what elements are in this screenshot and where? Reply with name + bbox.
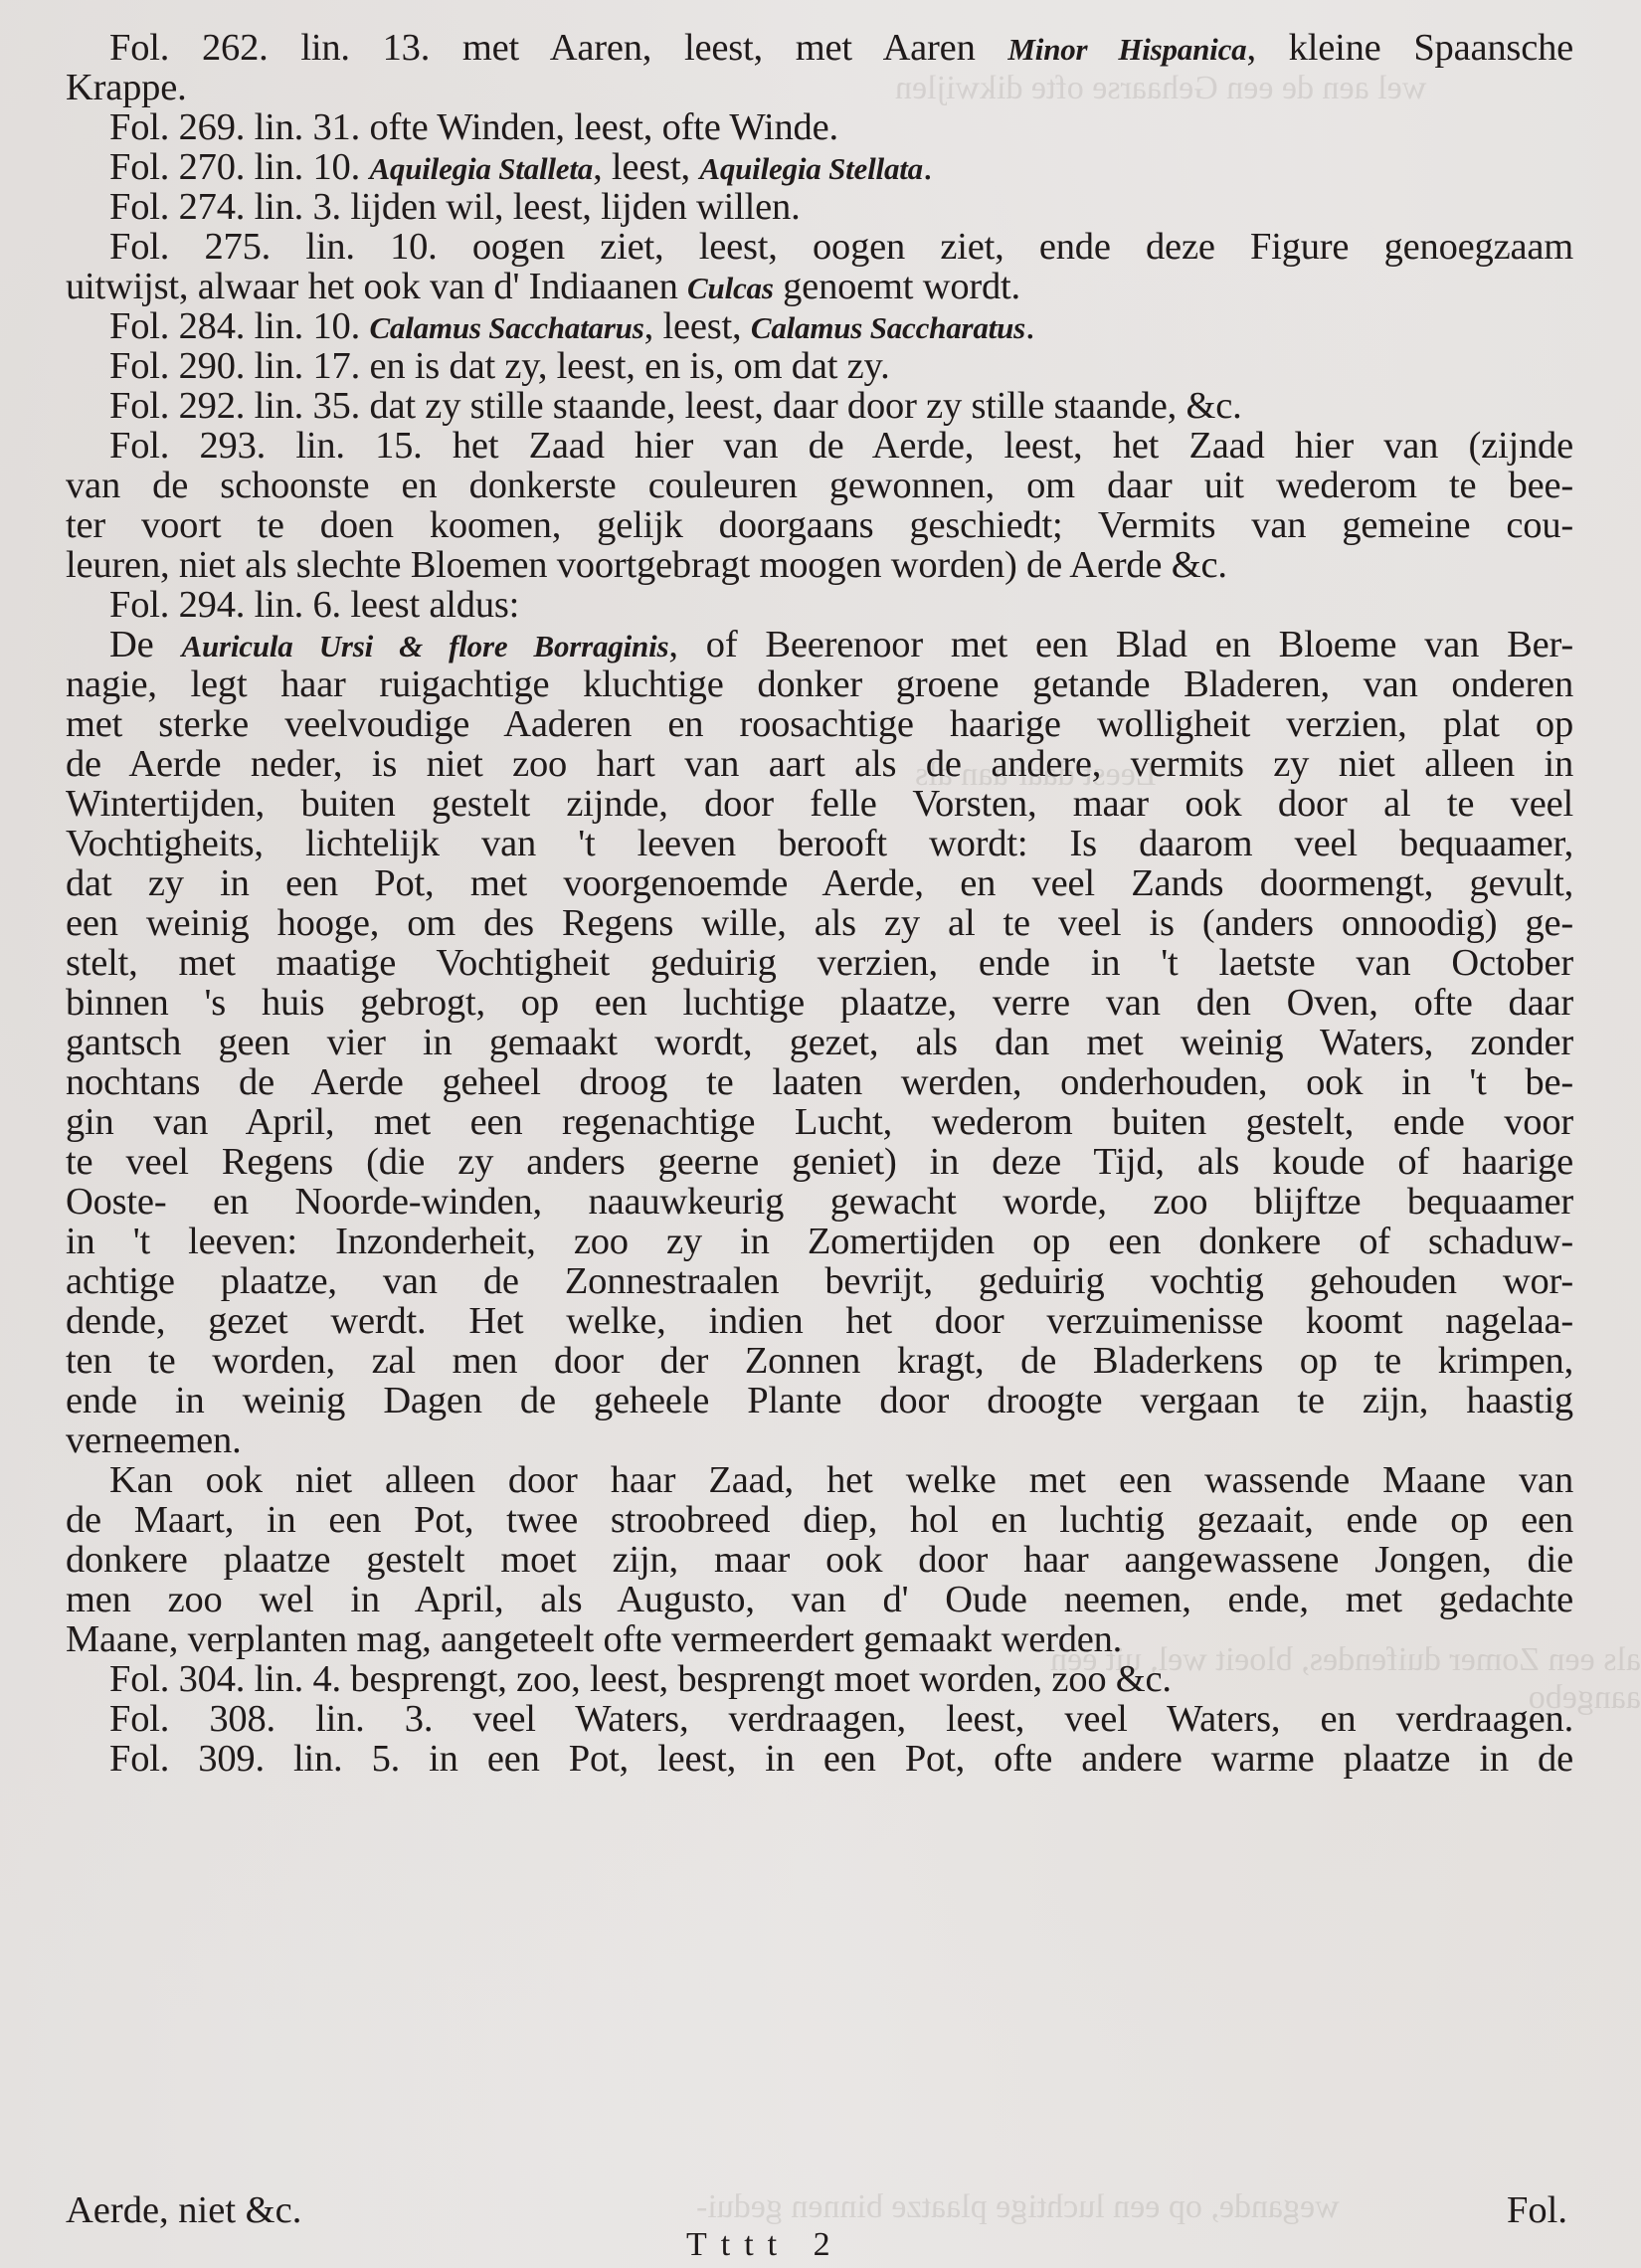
- text-segment: nagie, legt haar ruigachtige kluchtige d…: [66, 663, 1573, 705]
- text-segment: Fol. 290. lin. 17. en is dat zy, leest, …: [109, 345, 890, 387]
- latin-term: Aquilegia Stalleta: [369, 151, 593, 186]
- text-line: Maane, verplanten mag, aangeteelt ofte v…: [66, 1619, 1573, 1659]
- text-segment: te veel Regens (die zy anders geerne gen…: [66, 1141, 1573, 1183]
- text-line: Fol. 309. lin. 5. in een Pot, leest, in …: [66, 1739, 1573, 1779]
- text-segment: verneemen.: [66, 1419, 242, 1461]
- text-line: de Aerde neder, is niet zoo hart van aar…: [66, 744, 1573, 784]
- text-line: ende in weinig Dagen de geheele Plante d…: [66, 1381, 1573, 1420]
- text-segment: Maane, verplanten mag, aangeteelt ofte v…: [66, 1618, 1122, 1660]
- text-line: Kan ook niet alleen door haar Zaad, het …: [66, 1460, 1573, 1500]
- text-segment: .: [1025, 305, 1034, 347]
- latin-term: Calamus Sacchatarus: [369, 310, 643, 345]
- text-line: te veel Regens (die zy anders geerne gen…: [66, 1142, 1573, 1182]
- text-line: Wintertijden, buiten gestelt zijnde, doo…: [66, 784, 1573, 824]
- text-segment: Fol. 309. lin. 5. in een Pot, leest, in …: [109, 1738, 1573, 1780]
- text-segment: Fol. 262. lin. 13. met Aaren, leest, met…: [109, 27, 1007, 69]
- text-line: verneemen.: [66, 1420, 1573, 1460]
- text-segment: Fol. 293. lin. 15. het Zaad hier van de …: [109, 425, 1573, 467]
- text-line: Fol. 308. lin. 3. veel Waters, verdraage…: [66, 1699, 1573, 1739]
- text-segment: Vochtigheits, lichtelijk van 't leeven b…: [66, 823, 1573, 864]
- text-segment: donkere plaatze gestelt moet zijn, maar …: [66, 1539, 1573, 1581]
- text-line: Fol. 275. lin. 10. oogen ziet, leest, oo…: [66, 227, 1573, 267]
- text-line: Fol. 293. lin. 15. het Zaad hier van de …: [66, 426, 1573, 466]
- text-segment: ter voort te doen koomen, gelijk doorgaa…: [66, 504, 1573, 546]
- errata-page-body: Fol. 262. lin. 13. met Aaren, leest, met…: [66, 28, 1573, 1779]
- text-segment: Fol. 308. lin. 3. veel Waters, verdraage…: [109, 1698, 1573, 1740]
- text-segment: leuren, niet als slechte Bloemen voortge…: [66, 544, 1227, 586]
- text-line: Fol. 269. lin. 31. ofte Winden, leest, o…: [66, 107, 1573, 147]
- text-segment: , leest,: [644, 305, 751, 347]
- text-line: Vochtigheits, lichtelijk van 't leeven b…: [66, 824, 1573, 863]
- text-line: een weinig hooge, om des Regens wille, a…: [66, 903, 1573, 943]
- text-segment: de Maart, in een Pot, twee stroobreed di…: [66, 1499, 1573, 1541]
- text-line: stelt, met maatige Vochtigheit geduirig …: [66, 943, 1573, 983]
- text-line: Fol. 274. lin. 3. lijden wil, leest, lij…: [66, 187, 1573, 227]
- text-segment: binnen 's huis gebrogt, op een luchtige …: [66, 982, 1573, 1024]
- text-line: Fol. 292. lin. 35. dat zy stille staande…: [66, 386, 1573, 426]
- text-segment: genoemt wordt.: [774, 266, 1020, 307]
- text-segment: achtige plaatze, van de Zonnestraalen be…: [66, 1260, 1573, 1302]
- latin-term: Minor Hispanica: [1007, 32, 1246, 67]
- text-segment: Fol. 275. lin. 10. oogen ziet, leest, oo…: [109, 226, 1573, 268]
- text-line: dende, gezet werdt. Het welke, indien he…: [66, 1301, 1573, 1341]
- text-line: donkere plaatze gestelt moet zijn, maar …: [66, 1540, 1573, 1580]
- text-segment: in 't leeven: Inzonderheit, zoo zy in Zo…: [66, 1221, 1573, 1262]
- text-segment: een weinig hooge, om des Regens wille, a…: [66, 902, 1573, 944]
- text-line: uitwijst, alwaar het ook van d' Indiaane…: [66, 267, 1573, 306]
- latin-term: Culcas: [687, 271, 774, 305]
- text-line: van de schoonste en donkerste couleuren …: [66, 466, 1573, 505]
- text-segment: Fol. 270. lin. 10.: [109, 146, 369, 188]
- text-line: De Auricula Ursi & flore Borraginis, of …: [66, 625, 1573, 664]
- text-segment: gin van April, met een regenachtige Luch…: [66, 1101, 1573, 1143]
- text-line: nochtans de Aerde geheel droog te laaten…: [66, 1062, 1573, 1102]
- text-line: Fol. 270. lin. 10. Aquilegia Stalleta, l…: [66, 147, 1573, 187]
- text-segment: Fol. 292. lin. 35. dat zy stille staande…: [109, 385, 1242, 427]
- text-line: Fol. 284. lin. 10. Calamus Sacchatarus, …: [66, 306, 1573, 346]
- text-segment: Kan ook niet alleen door haar Zaad, het …: [109, 1459, 1573, 1501]
- catchword: Fol.: [1507, 2188, 1567, 2232]
- text-segment: Wintertijden, buiten gestelt zijnde, doo…: [66, 783, 1573, 825]
- text-segment: men zoo wel in April, als Augusto, van d…: [66, 1579, 1573, 1620]
- text-line: Fol. 294. lin. 6. leest aldus:: [66, 585, 1573, 625]
- text-line: met sterke veelvoudige Aaderen en roosac…: [66, 704, 1573, 744]
- text-line: Krappe.: [66, 68, 1573, 107]
- text-segment: ten te worden, zal men door der Zonnen k…: [66, 1340, 1573, 1382]
- text-line: binnen 's huis gebrogt, op een luchtige …: [66, 983, 1573, 1023]
- text-line: ter voort te doen koomen, gelijk doorgaa…: [66, 505, 1573, 545]
- text-segment: , kleine Spaansche: [1246, 27, 1573, 69]
- text-segment: ende in weinig Dagen de geheele Plante d…: [66, 1380, 1573, 1421]
- signature-mark: Tttt 2: [686, 2226, 844, 2264]
- text-segment: , leest,: [593, 146, 699, 188]
- text-line: achtige plaatze, van de Zonnestraalen be…: [66, 1261, 1573, 1301]
- text-line: nagie, legt haar ruigachtige kluchtige d…: [66, 664, 1573, 704]
- text-line: men zoo wel in April, als Augusto, van d…: [66, 1580, 1573, 1619]
- text-segment: stelt, met maatige Vochtigheit geduirig …: [66, 942, 1573, 984]
- text-line: Fol. 290. lin. 17. en is dat zy, leest, …: [66, 346, 1573, 386]
- text-segment: Fol. 284. lin. 10.: [109, 305, 369, 347]
- text-line: ten te worden, zal men door der Zonnen k…: [66, 1341, 1573, 1381]
- text-segment: .: [923, 146, 932, 188]
- text-segment: Ooste- en Noorde-winden, naauwkeurig gew…: [66, 1181, 1573, 1223]
- text-segment: De: [109, 624, 181, 665]
- text-segment: , of Beerenoor met een Blad en Bloeme va…: [668, 624, 1573, 665]
- text-segment: dende, gezet werdt. Het welke, indien he…: [66, 1300, 1573, 1342]
- text-line: gin van April, met een regenachtige Luch…: [66, 1102, 1573, 1142]
- text-segment: met sterke veelvoudige Aaderen en roosac…: [66, 703, 1573, 745]
- text-segment: Fol. 304. lin. 4. besprengt, zoo, leest,…: [109, 1658, 1172, 1700]
- text-line: dat zy in een Pot, met voorgenoemde Aerd…: [66, 863, 1573, 903]
- text-line: in 't leeven: Inzonderheit, zoo zy in Zo…: [66, 1222, 1573, 1261]
- text-line: Fol. 304. lin. 4. besprengt, zoo, leest,…: [66, 1659, 1573, 1699]
- latin-term: Auricula Ursi & flore Borraginis: [181, 629, 668, 663]
- text-segment: Fol. 294. lin. 6. leest aldus:: [109, 584, 519, 626]
- text-line: Fol. 262. lin. 13. met Aaren, leest, met…: [66, 28, 1573, 68]
- text-line: de Maart, in een Pot, twee stroobreed di…: [66, 1500, 1573, 1540]
- text-line: Ooste- en Noorde-winden, naauwkeurig gew…: [66, 1182, 1573, 1222]
- latin-term: Calamus Saccharatus: [751, 310, 1025, 345]
- text-segment: van de schoonste en donkerste couleuren …: [66, 465, 1573, 506]
- text-segment: uitwijst, alwaar het ook van d' Indiaane…: [66, 266, 687, 307]
- text-segment: de Aerde neder, is niet zoo hart van aar…: [66, 743, 1573, 785]
- text-segment: nochtans de Aerde geheel droog te laaten…: [66, 1061, 1573, 1103]
- text-line: leuren, niet als slechte Bloemen voortge…: [66, 545, 1573, 585]
- latin-term: Aquilegia Stellata: [699, 151, 923, 186]
- text-segment: gantsch geen vier in gemaakt wordt, geze…: [66, 1022, 1573, 1063]
- text-segment: dat zy in een Pot, met voorgenoemde Aerd…: [66, 862, 1573, 904]
- text-segment: Fol. 274. lin. 3. lijden wil, leest, lij…: [109, 186, 801, 228]
- text-segment: Krappe.: [66, 67, 187, 108]
- text-segment: Fol. 269. lin. 31. ofte Winden, leest, o…: [109, 106, 838, 148]
- text-line: gantsch geen vier in gemaakt wordt, geze…: [66, 1023, 1573, 1062]
